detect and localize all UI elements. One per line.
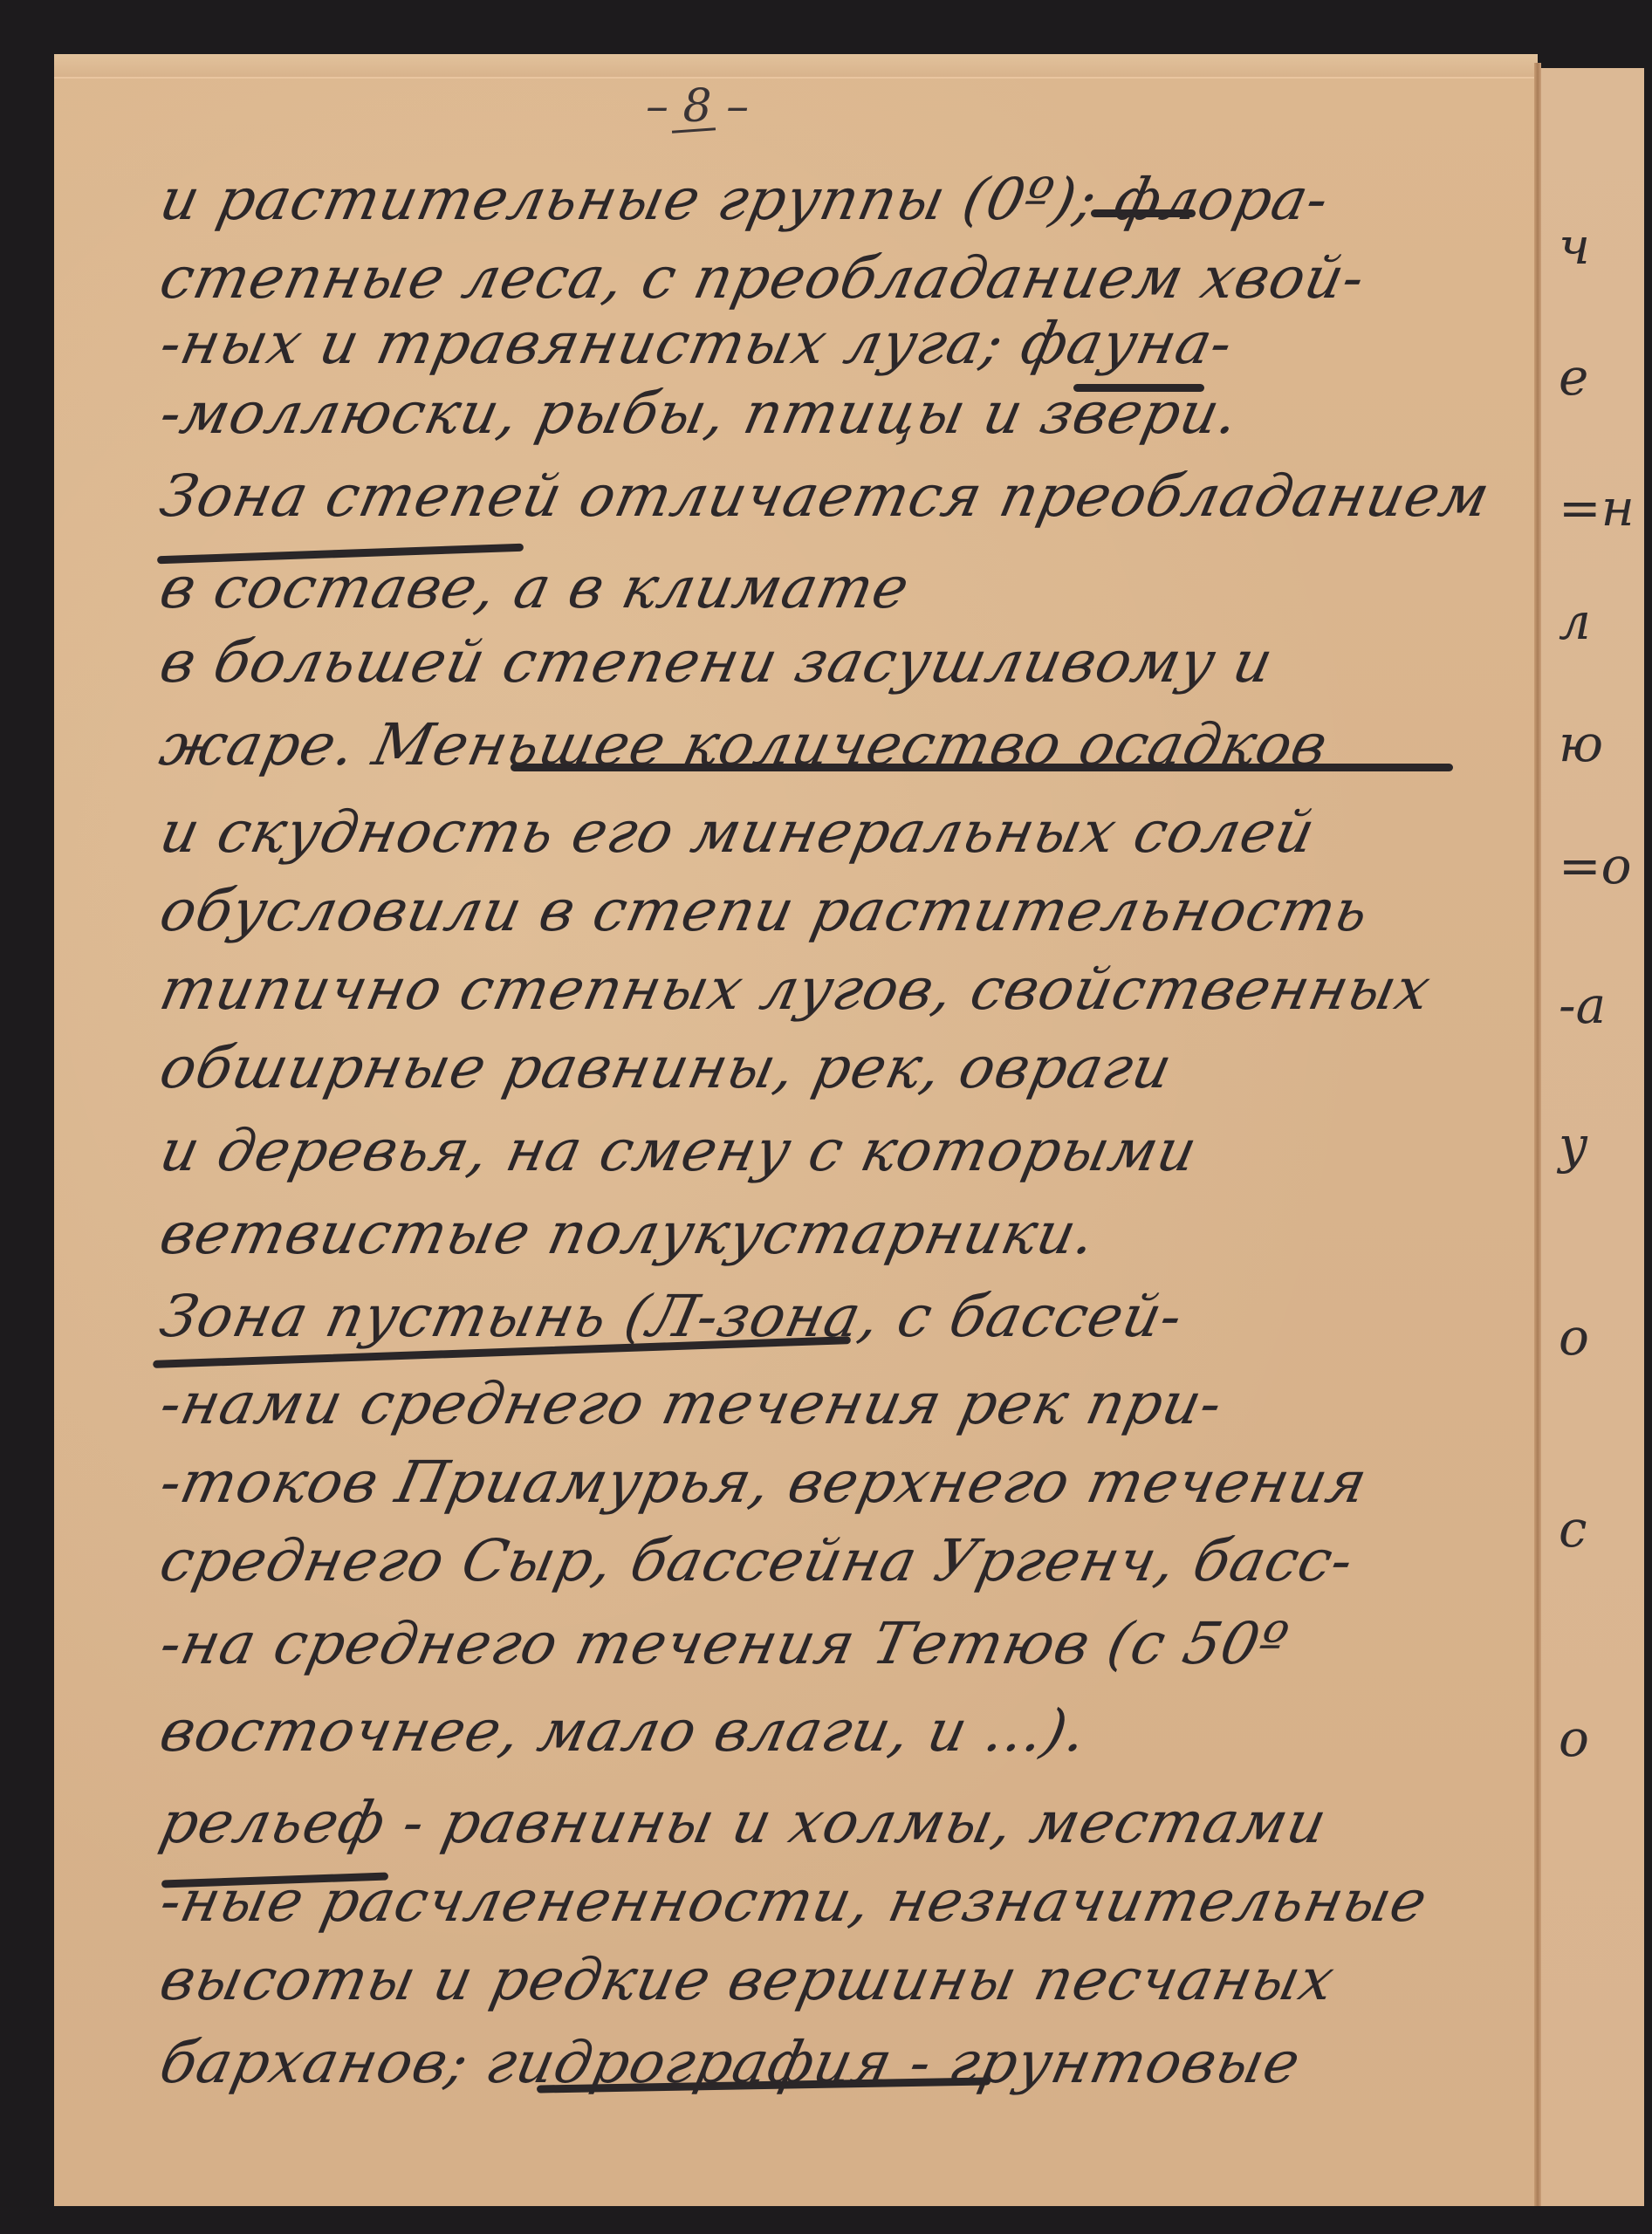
underline-mineral-salts xyxy=(511,764,1453,771)
text-line: обширные равнины, рек, овраги xyxy=(154,1034,1530,1101)
text-line: в составе, а в климате xyxy=(154,554,1530,621)
underline-flora xyxy=(1091,209,1196,217)
adjacent-fragment: ч xyxy=(1559,216,1590,276)
text-line: -ных и травянистых луга; фауна- xyxy=(154,310,1530,377)
text-line: -нами среднего течения рек при- xyxy=(154,1370,1530,1437)
adjacent-fragment: е xyxy=(1559,347,1588,407)
text-line: типично степных лугов, свойственных xyxy=(154,956,1530,1023)
adjacent-fragment: о xyxy=(1559,1307,1589,1367)
adjacent-page-edge: ч е =н л ю =о -а у о с о xyxy=(1541,68,1644,2206)
text-line: в большей степени засушливому и xyxy=(154,628,1530,696)
text-line: -на среднего течения Тетюв (с 50º xyxy=(154,1610,1530,1677)
page-fold xyxy=(1534,63,1541,2206)
text-line: -токов Приамурья, верхнего течения xyxy=(154,1449,1530,1516)
text-line: степные леса, с преобладанием хвой- xyxy=(154,244,1530,312)
adjacent-fragment: =о xyxy=(1559,836,1632,895)
adjacent-fragment: ю xyxy=(1559,714,1603,773)
adjacent-fragment: у xyxy=(1559,1115,1588,1175)
adjacent-fragment: о xyxy=(1559,1709,1589,1768)
text-line: восточнее, мало влаги, и ...). xyxy=(154,1697,1530,1765)
text-line: рельеф - равнины и холмы, местами xyxy=(154,1789,1530,1856)
text-line: высоты и редкие вершины песчаных xyxy=(154,1946,1530,2013)
underline-fauna xyxy=(1073,384,1204,392)
text-line: и скудность его минеральных солей xyxy=(154,798,1530,866)
adjacent-fragment: с xyxy=(1559,1499,1587,1559)
text-line: Зона степей отличается преобладанием xyxy=(154,463,1530,530)
text-line: и растительные группы (0º); флора- xyxy=(154,166,1530,233)
text-line: обусловили в степи растительность xyxy=(154,877,1530,944)
adjacent-fragment: =н xyxy=(1559,478,1635,538)
text-line: ветвистые полукустарники. xyxy=(154,1200,1530,1267)
text-line: и деревья, на смену с которыми xyxy=(154,1117,1530,1184)
adjacent-fragment: -а xyxy=(1559,976,1606,1035)
page-number: – 8 – xyxy=(646,80,749,133)
text-line: среднего Сыр, бассейна Ургенч, басс- xyxy=(154,1527,1530,1594)
adjacent-fragment: л xyxy=(1559,592,1591,651)
text-line: -моллюски, рыбы, птицы и звери. xyxy=(154,380,1530,447)
